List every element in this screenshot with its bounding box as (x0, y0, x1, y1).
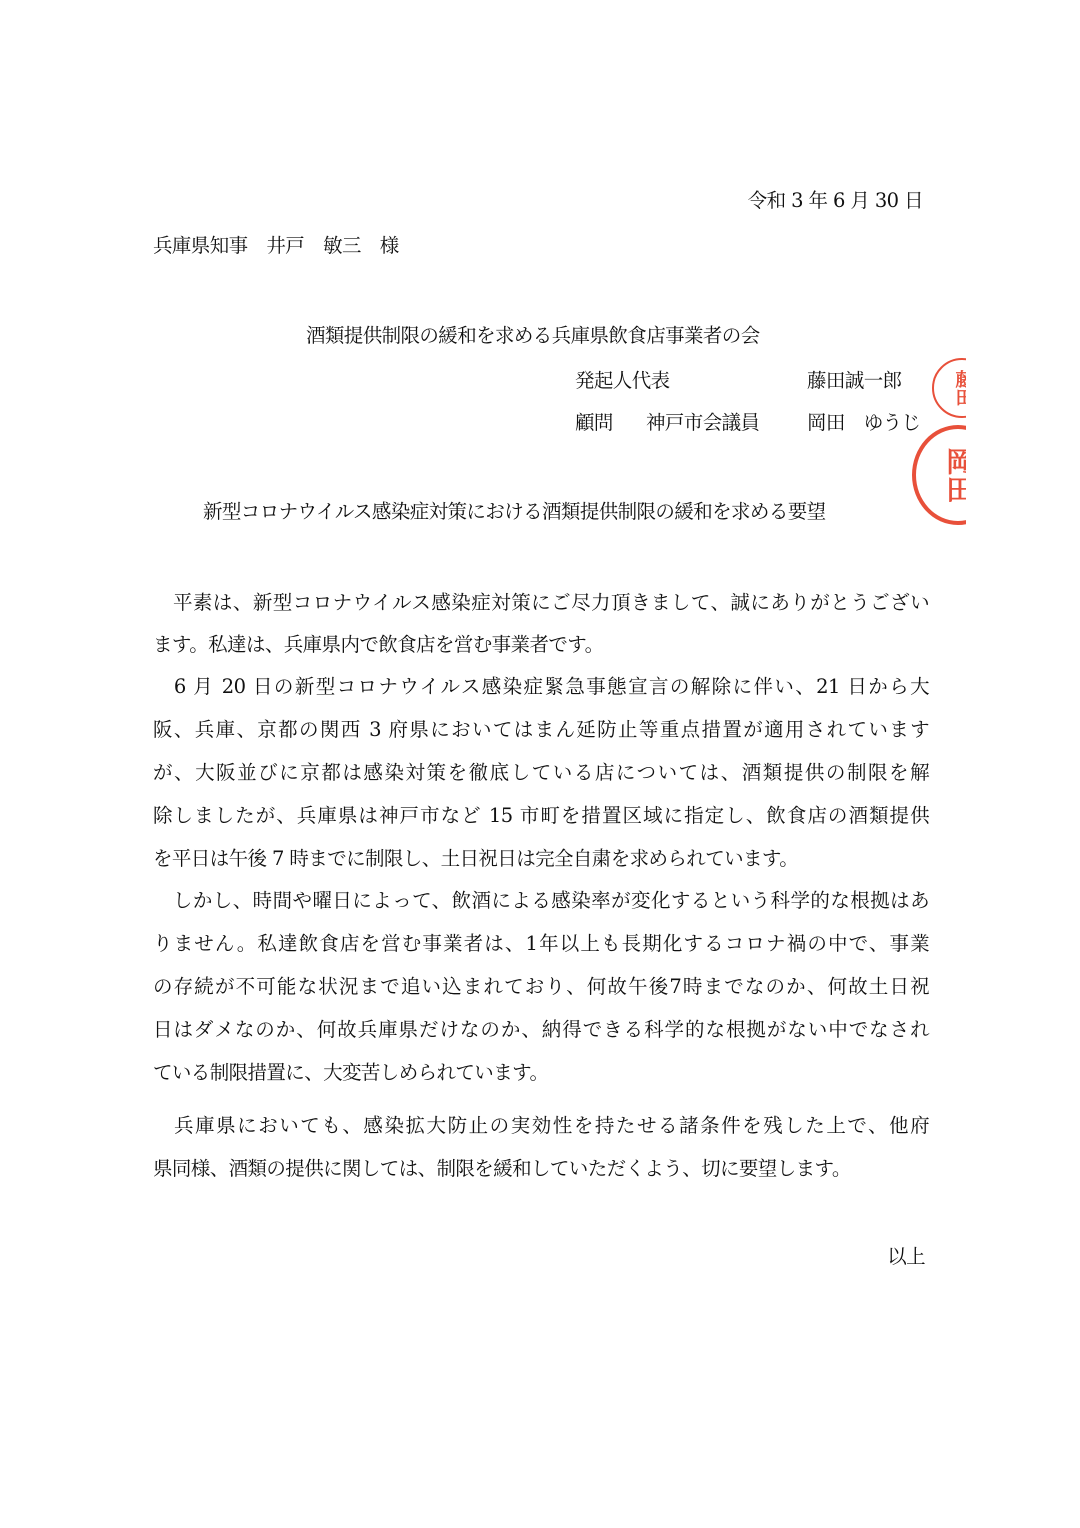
sender-role: 顧問 (575, 413, 613, 433)
body-line: ている制限措置に、大変苦しめられています。 (153, 1063, 929, 1083)
sender-name: 岡田 ゆうじ (807, 413, 920, 433)
sender-organization: 酒類提供制限の緩和を求める兵庫県飲食店事業者の会 (306, 326, 760, 346)
date: 令和 3 年 6 月 30 日 (748, 191, 923, 211)
seal-stamp-icon: 藤田 (932, 358, 966, 418)
sender-role: 発起人代表 (575, 371, 670, 391)
body-line: ます。私達は、兵庫県内で飲食店を営む事業者です。 (153, 635, 929, 655)
body-line: の存続が不可能な状況まで追い込まれており、何故午後7時までなのか、何故土日祝 (153, 977, 929, 997)
sender-name: 藤田誠一郎 (807, 371, 902, 391)
body-line: が、大阪並びに京都は感染対策を徹底している店については、酒類提供の制限を解 (153, 763, 929, 783)
body-line: しかし、時間や曜日によって、飲酒による感染率が変化するという科学的な根拠はあ (153, 891, 929, 911)
document-title: 新型コロナウイルス感染症対策における酒類提供制限の緩和を求める要望 (203, 502, 826, 522)
body-line: 県同様、酒類の提供に関しては、制限を緩和していただくよう、切に要望します。 (153, 1159, 929, 1179)
body-line: 除しましたが、兵庫県は神戸市など 15 市町を措置区域に指定し、飲食店の酒類提供 (153, 806, 929, 826)
body-line: 6 月 20 日の新型コロナウイルス感染症緊急事態宣言の解除に伴い、21 日から… (153, 677, 929, 697)
body-line: 平素は、新型コロナウイルス感染症対策にご尽力頂きまして、誠にありがとうござい (153, 593, 929, 613)
body-line: りません。私達飲食店を営む事業者は、1年以上も長期化するコロナ禍の中で、事業 (153, 934, 929, 954)
seal-stamp-icon: 岡田 (912, 425, 966, 525)
body-line: 兵庫県においても、感染拡大防止の実効性を持たせる諸条件を残した上で、他府 (153, 1116, 929, 1136)
closing: 以上 (887, 1247, 925, 1267)
addressee: 兵庫県知事 井戸 敏三 様 (153, 236, 399, 256)
body-line: 阪、兵庫、京都の関西 3 府県においてはまん延防止等重点措置が適用されています (153, 720, 929, 740)
body-line: 日はダメなのか、何故兵庫県だけなのか、納得できる科学的な根拠がない中でなされ (153, 1020, 929, 1040)
body-line: を平日は午後 7 時までに制限し、土日祝日は完全自粛を求められています。 (153, 849, 929, 869)
sender-affiliation: 神戸市会議員 (646, 413, 759, 433)
